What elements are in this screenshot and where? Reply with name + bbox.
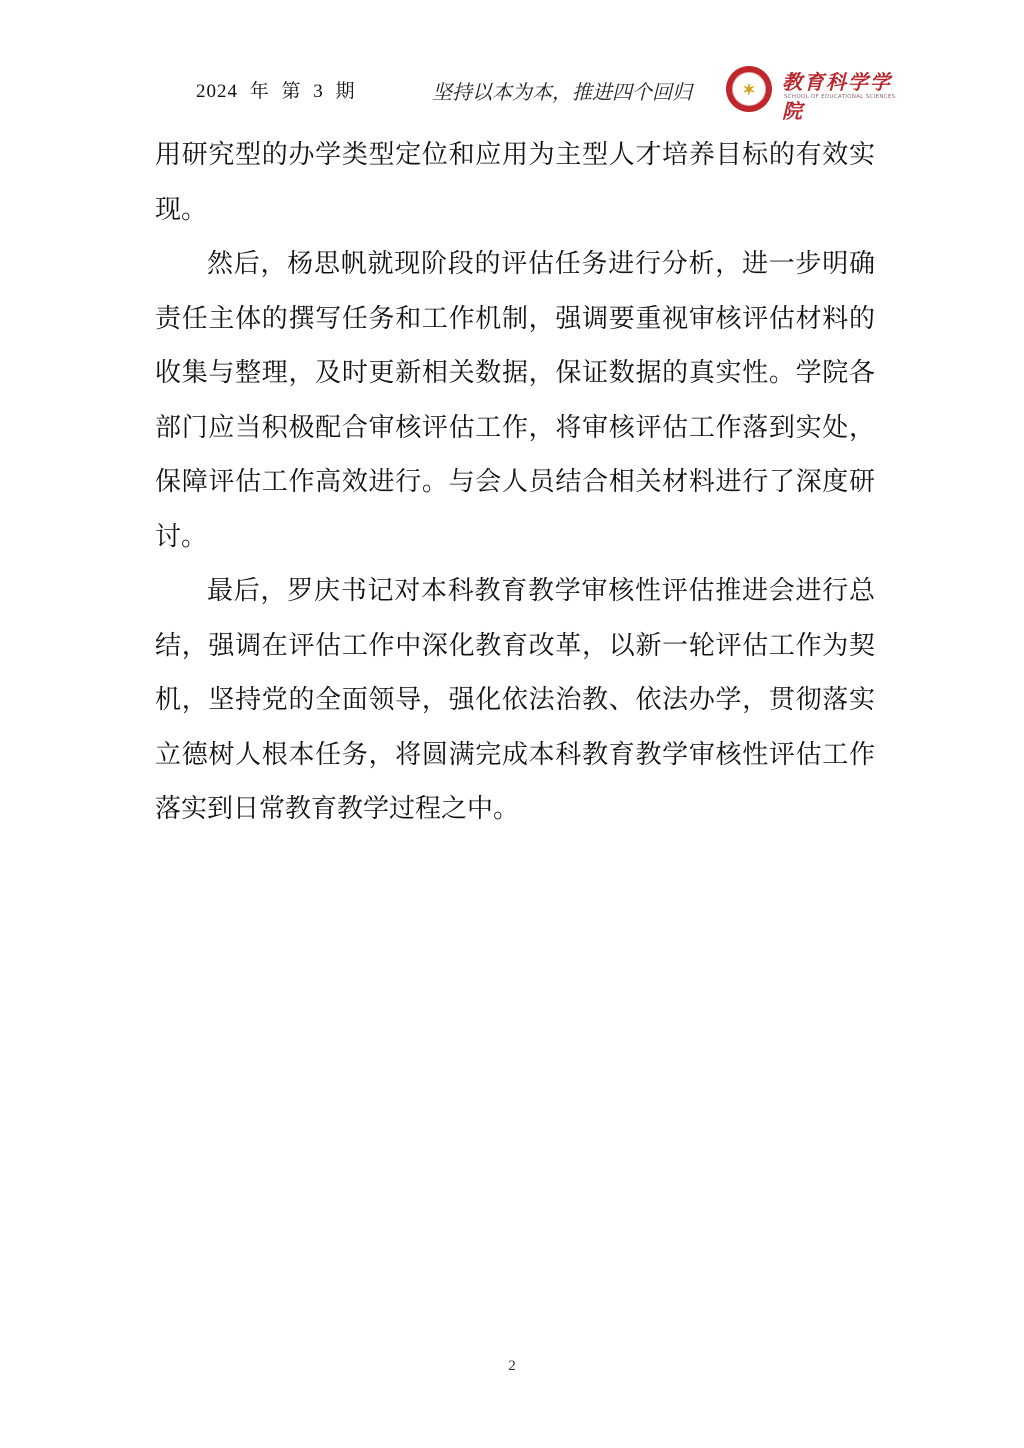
- article-body: 用研究型的办学类型定位和应用为主型人才培养目标的有效实现。 然后，杨思帆就现阶段…: [155, 128, 875, 837]
- book-star-icon: ✶: [732, 72, 766, 106]
- issue-label: 2024 年 第 3 期: [196, 76, 356, 103]
- paragraph-summary: 最后，罗庆书记对本科教育教学审核性评估推进会进行总结，强调在评估工作中深化教育改…: [155, 564, 875, 837]
- school-emblem-icon: ✶: [726, 66, 772, 112]
- motto-text: 坚持以本为本，推进四个回归: [432, 76, 692, 105]
- school-logo: ✶ 教育科学学院 SCHOOL OF EDUCATIONAL SCIENCES: [726, 64, 906, 116]
- paragraph-continuation: 用研究型的办学类型定位和应用为主型人才培养目标的有效实现。: [155, 128, 875, 237]
- paragraph-analysis: 然后，杨思帆就现阶段的评估任务进行分析，进一步明确责任主体的撰写任务和工作机制，…: [155, 237, 875, 564]
- page-number: 2: [0, 1358, 1024, 1375]
- school-name-en: SCHOOL OF EDUCATIONAL SCIENCES: [784, 94, 895, 100]
- page-header: 2024 年 第 3 期 坚持以本为本，推进四个回归 ✶ 教育科学学院 SCHO…: [0, 70, 1024, 110]
